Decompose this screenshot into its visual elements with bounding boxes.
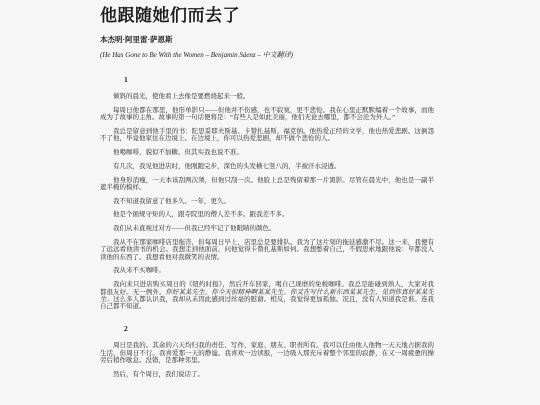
paragraph: 周日是我的。其余的六天均归我的责任、写作、家庭、朋友、职责所有。我可以任由他人他…	[100, 342, 434, 364]
page-title: 他跟随她们而去了	[100, 6, 434, 26]
paragraph: 然后，有个周日，我们说话了。	[100, 371, 434, 378]
paragraph: 他身形消瘦，一天本该刮两次须，但他只刮一次。他脸上总是残留着那一片黑影。尽管在晨…	[100, 177, 434, 192]
paragraph: 我总是留意到他手里的书：陀思妥耶夫斯基、卡赞扎基斯、福克纳。他热爱正经的文学，他…	[100, 128, 434, 143]
paragraph: 我们从未直视过对方——但我已经牢记了他眼睛的颜色。	[100, 225, 434, 232]
document-page: 他跟随她们而去了 本杰明·阿里雷·萨恩斯 (He Has Gone to Be …	[100, 6, 434, 385]
section-1-number: 1	[100, 75, 434, 84]
paragraph: 有几次，我见他进店时，他刚跑完步，深色的头发横七竖八的，半被汗水浸透。	[100, 163, 434, 170]
paragraph: 每周日他都在那里，他形单影只——但他并不伤感，也不寂寞，更不悲怆。我在心里正默默…	[100, 107, 434, 122]
translation-note: (He Has Gone to Be With the Women – Benj…	[100, 51, 434, 59]
paragraph: 我不知道我留意了他多久。一年，更久。	[100, 198, 434, 205]
paragraph: 倾斜的晨光，使他看上去像是要燃烧起来一般。	[100, 93, 434, 100]
paragraph: 他是个循规守矩的人，跟寺院里的僧人差不多。跟我差不多。	[100, 211, 434, 218]
paragraph: 我向来只进店购买周日的《纽约时报》，然后开车回家，喝自己现磨的免税咖啡。我总是能…	[100, 281, 434, 310]
paragraph: 我从来不买咖啡。	[100, 267, 434, 274]
paragraph: 他喝咖啡，貌似不加糖。但其实我也说不准。	[100, 149, 434, 156]
section-2-number: 2	[100, 324, 434, 333]
paragraph: 我从不在那家咖啡店里拖沓，但每周日早上，店里总是要排队。我为了这片刻的拖延感激不…	[100, 239, 434, 261]
author-line: 本杰明·阿里雷·萨恩斯	[100, 35, 434, 44]
